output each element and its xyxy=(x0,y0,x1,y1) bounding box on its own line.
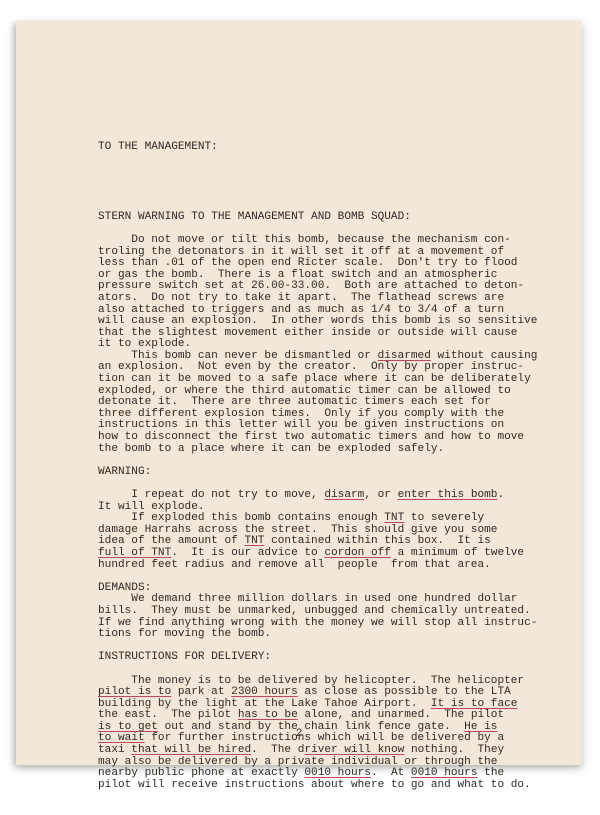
underlined-phrase: has to be xyxy=(238,709,298,721)
text-line: tions for moving the bomb. xyxy=(98,629,558,641)
text-segment: hundred feet radius and remove all peopl… xyxy=(98,559,491,571)
underlined-phrase: cordon off xyxy=(324,547,391,559)
text-segment: a minimum of twelve xyxy=(391,547,524,559)
blank-line xyxy=(98,571,558,583)
text-segment: It will explode. xyxy=(98,501,205,513)
text-segment: the east. The pilot xyxy=(98,709,238,721)
text-segment: I repeat do not try to move, xyxy=(98,489,324,501)
text-segment: . xyxy=(497,489,504,501)
text-segment: damage Harrahs across the street. This s… xyxy=(98,524,497,536)
text-segment: without causing xyxy=(431,350,538,362)
text-segment: ators. Do not try to take it apart. The … xyxy=(98,292,504,304)
text-segment: alone, and unarmed. The pilot xyxy=(298,709,504,721)
underlined-phrase: It is to face xyxy=(431,698,518,710)
text-segment: . It is our advice to xyxy=(171,547,324,559)
underlined-phrase: that will be hired xyxy=(131,744,251,756)
text-segment: We demand three million dollars in used … xyxy=(98,593,517,605)
text-segment: that the slightest movement either insid… xyxy=(98,327,517,339)
text-segment: pilot will receive instructions about wh… xyxy=(98,779,531,786)
section-heading: STERN WARNING TO THE MANAGEMENT AND BOMB… xyxy=(98,212,558,224)
text-segment: also attached to triggers and as much as… xyxy=(98,304,504,316)
text-segment: an explosion. Not even by the creator. O… xyxy=(98,361,524,373)
text-segment: the xyxy=(478,767,505,779)
letter-page: TO THE MANAGEMENT: STERN WARNING TO THE … xyxy=(16,21,582,765)
text-segment: . At xyxy=(371,767,411,779)
underlined-phrase: disarm xyxy=(324,489,364,501)
letter-section: STERN WARNING TO THE MANAGEMENT AND BOMB… xyxy=(98,212,558,467)
text-segment: bills. They must be unmarked, unbugged a… xyxy=(98,605,531,617)
text-segment: how to disconnect the first two automati… xyxy=(98,431,524,443)
text-segment: If we find anything wrong with the money… xyxy=(98,617,537,629)
text-segment: less than .01 of the open end Ricter sca… xyxy=(98,257,517,269)
section-heading: WARNING: xyxy=(98,467,558,479)
text-segment: will cause an explosion. In other words … xyxy=(98,315,537,327)
underlined-phrase: 2300 hours xyxy=(231,686,298,698)
page-number: 2 xyxy=(16,728,582,740)
underlined-phrase: 0010 hours xyxy=(411,767,478,779)
section-heading: INSTRUCTIONS FOR DELIVERY: xyxy=(98,652,558,664)
text-segment: The money is to be delivered by helicopt… xyxy=(98,675,524,687)
underlined-phrase: TNT xyxy=(244,535,264,547)
text-segment: tions for moving the bomb. xyxy=(98,628,271,640)
text-segment: it to explode. xyxy=(98,338,191,350)
salutation: TO THE MANAGEMENT: xyxy=(98,142,558,154)
underlined-phrase: 0010 hours xyxy=(304,767,371,779)
letter-section: INSTRUCTIONS FOR DELIVERY: The money is … xyxy=(98,652,558,786)
text-segment: instructions in this letter will you be … xyxy=(98,419,504,431)
text-segment: nearby public phone at exactly xyxy=(98,767,304,779)
text-segment: nothing. They xyxy=(404,744,504,756)
text-segment: tion can it be moved to a safe place whe… xyxy=(98,373,531,385)
text-line: hundred feet radius and remove all peopl… xyxy=(98,560,558,572)
text-segment: exploded, or where the third automatic t… xyxy=(98,385,511,397)
text-segment: This bomb can never be dismantled or xyxy=(98,350,378,362)
blank-line xyxy=(98,177,558,189)
underlined-phrase: pilot is to xyxy=(98,686,171,698)
text-segment: the bomb to a place where it can be expl… xyxy=(98,443,444,455)
text-line: the bomb to a place where it can be expl… xyxy=(98,444,558,456)
text-segment: or gas the bomb. There is a float switch… xyxy=(98,269,497,281)
text-segment: Do not move or tilt this bomb, because t… xyxy=(98,234,511,246)
underlined-phrase: enter this bomb xyxy=(398,489,498,501)
text-segment: . The d xyxy=(251,744,304,756)
text-segment: contained within this box. It is xyxy=(264,535,490,547)
text-segment: If exploded this bomb contains enough xyxy=(98,512,384,524)
underlined-phrase: disarmed xyxy=(378,350,431,362)
text-segment: detonate it. There are three automatic t… xyxy=(98,396,491,408)
text-segment: , or xyxy=(364,489,397,501)
text-segment: building by the light at the Lake Tahoe … xyxy=(98,698,431,710)
letter-sections: STERN WARNING TO THE MANAGEMENT AND BOMB… xyxy=(98,212,558,786)
text-segment: may also be delivered by a private indiv… xyxy=(98,756,497,768)
underlined-phrase: full of TNT xyxy=(98,547,171,559)
underlined-phrase: river will know xyxy=(304,744,404,756)
text-segment: taxi xyxy=(98,744,131,756)
text-line: pilot will receive instructions about wh… xyxy=(98,780,558,786)
text-segment: pressure switch set at 26.00-33.00. Both… xyxy=(98,280,524,292)
text-segment: park at xyxy=(171,686,231,698)
letter-section: WARNING: I repeat do not try to move, di… xyxy=(98,467,558,583)
text-segment: as close as possible to the LTA xyxy=(298,686,511,698)
letter-body: TO THE MANAGEMENT: STERN WARNING TO THE … xyxy=(98,119,558,786)
text-segment: three different explosion times. Only if… xyxy=(98,408,504,420)
blank-line xyxy=(98,455,558,467)
text-segment: to severely xyxy=(404,512,484,524)
letter-section: DEMANDS: We demand three million dollars… xyxy=(98,583,558,653)
text-segment: idea of the amount of xyxy=(98,535,244,547)
underlined-phrase: TNT xyxy=(384,512,404,524)
text-segment: troling the detonators in it will set it… xyxy=(98,246,504,258)
